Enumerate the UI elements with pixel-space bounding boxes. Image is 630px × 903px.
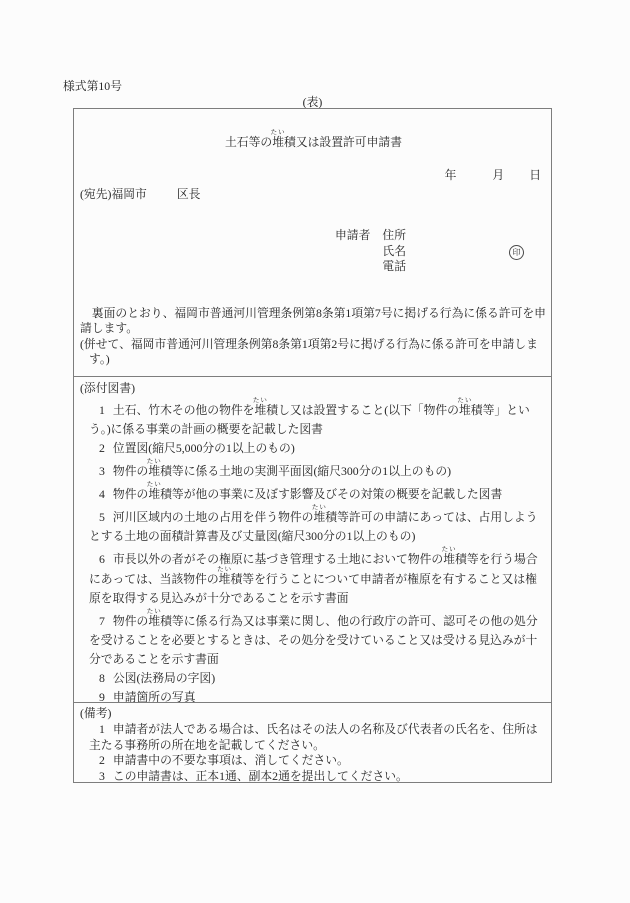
item-number: 1 <box>99 403 105 417</box>
item-number: 6 <box>99 552 105 566</box>
attachment-item-4: 4物件の堆たい積等が他の事業に及ぼす影響及びその対策の概要を記載した図書 <box>80 481 547 504</box>
form-box: 土石等の堆たい積又は設置許可申請書 年 月 日 (宛先)福岡市区長 申請者 住所… <box>73 108 552 783</box>
item-text: この申請書は、正本1通、副本2通を提出してください。 <box>113 769 408 783</box>
note-item-2: 2申請書中の不要な事項は、消してください。 <box>80 753 547 769</box>
address-label: 住所 <box>382 228 406 244</box>
addressee-ward-title: 区長 <box>177 187 201 201</box>
item-number: 7 <box>99 614 105 628</box>
attachment-item-3: 3物件の堆たい積等に係る土地の実測平面図(縮尺300分の1以上のもの) <box>80 458 547 481</box>
attachments-heading: (添付図書) <box>80 380 547 397</box>
item-number: 5 <box>99 510 105 524</box>
item-text: 物件の堆たい積等が他の事業に及ぼす影響及びその対策の概要を記載した図書 <box>113 487 502 501</box>
attachments-section: (添付図書) 1土石、竹木その他の物件を堆たい積し又は設置すること(以下「物件の… <box>74 376 551 702</box>
attachment-item-8: 8公図(法務局の字図) <box>80 669 547 688</box>
item-number: 3 <box>99 464 105 478</box>
attachment-item-2: 2位置図(縮尺5,000分の1以上のもの) <box>80 439 547 458</box>
document-page: 様式第10号 (表) 土石等の堆たい積又は設置許可申請書 年 月 日 (宛先)福… <box>0 0 630 903</box>
attachment-item-9: 9申請箇所の写真 <box>80 688 547 702</box>
statement-block: 裏面のとおり、福岡市普通河川管理条例第8条第1項第7号に掲げる行為に係る許可を申… <box>80 306 547 368</box>
attachment-item-5: 5河川区域内の土地の占用を伴う物件の堆たい積等許可の申請にあっては、占用しようと… <box>80 504 547 546</box>
item-number: 2 <box>99 441 105 455</box>
item-text: 位置図(縮尺5,000分の1以上のもの) <box>113 441 295 455</box>
month-label: 月 <box>492 168 504 182</box>
item-text: 申請書中の不要な事項は、消してください。 <box>113 753 349 767</box>
item-text: 河川区域内の土地の占用を伴う物件の堆たい積等許可の申請にあっては、占用しようとす… <box>89 510 538 543</box>
notes-heading: (備考) <box>80 705 547 722</box>
supplementary-statement: (併せて、福岡市普通河川管理条例第8条第1項第2号に掲げる行為に係る許可を申請し… <box>80 337 547 368</box>
day-label: 日 <box>529 168 541 182</box>
item-number: 1 <box>99 722 105 736</box>
form-number: 様式第10号 <box>63 77 122 94</box>
attachment-item-7: 7物件の堆たい積等に係る行為又は事業に関し、他の行政庁の許可、認可その他の処分を… <box>80 608 547 669</box>
item-text: 物件の堆たい積等に係る土地の実測平面図(縮尺300分の1以上のもの) <box>113 464 451 478</box>
applicant-block: 申請者 住所 氏名 電話 印 <box>335 228 547 275</box>
attachment-item-1: 1土石、竹木その他の物件を堆たい積し又は設置すること(以下「物件の堆たい積等」と… <box>80 397 547 439</box>
form-header-section: 土石等の堆たい積又は設置許可申請書 年 月 日 (宛先)福岡市区長 申請者 住所… <box>74 109 551 376</box>
seal-stamp-icon: 印 <box>509 245 524 260</box>
item-number: 2 <box>99 753 105 767</box>
request-statement: 裏面のとおり、福岡市普通河川管理条例第8条第1項第7号に掲げる行為に係る許可を申… <box>80 306 547 337</box>
item-number: 4 <box>99 487 105 501</box>
form-title: 土石等の堆たい積又は設置許可申請書 <box>80 129 547 151</box>
item-text: 申請箇所の写真 <box>113 690 196 702</box>
attachment-item-6: 6市長以外の者がその権原に基づき管理する土地において物件の堆たい積等を行う場合に… <box>80 546 547 608</box>
item-number: 3 <box>99 769 105 783</box>
note-item-3: 3この申請書は、正本1通、副本2通を提出してください。 <box>80 769 547 783</box>
item-text: 市長以外の者がその権原に基づき管理する土地において物件の堆たい積等を行う場合にあ… <box>89 552 538 605</box>
item-text: 土石、竹木その他の物件を堆たい積し又は設置すること(以下「物件の堆たい積等」とい… <box>89 403 530 436</box>
name-label: 氏名 <box>382 244 406 260</box>
note-item-1: 1申請者が法人である場合は、氏名はその法人の名称及び代表者の氏名を、住所は主たる… <box>80 722 547 753</box>
phone-label: 電話 <box>382 259 406 275</box>
applicant-fields: 住所 氏名 電話 <box>382 228 406 275</box>
item-text: 申請者が法人である場合は、氏名はその法人の名称及び代表者の氏名を、住所は主たる事… <box>89 722 538 752</box>
addressee-city: (宛先)福岡市 <box>80 187 147 201</box>
item-text: 公図(法務局の字図) <box>113 671 215 685</box>
notes-section: (備考) 1申請者が法人である場合は、氏名はその法人の名称及び代表者の氏名を、住… <box>74 702 551 782</box>
item-text: 物件の堆たい積等に係る行為又は事業に関し、他の行政庁の許可、認可その他の処分を受… <box>89 614 538 666</box>
year-label: 年 <box>445 168 457 182</box>
applicant-label: 申請者 <box>335 228 370 275</box>
item-number: 8 <box>99 671 105 685</box>
addressee-line: (宛先)福岡市区長 <box>80 186 547 202</box>
date-line: 年 月 日 <box>80 167 547 183</box>
item-number: 9 <box>99 690 105 702</box>
